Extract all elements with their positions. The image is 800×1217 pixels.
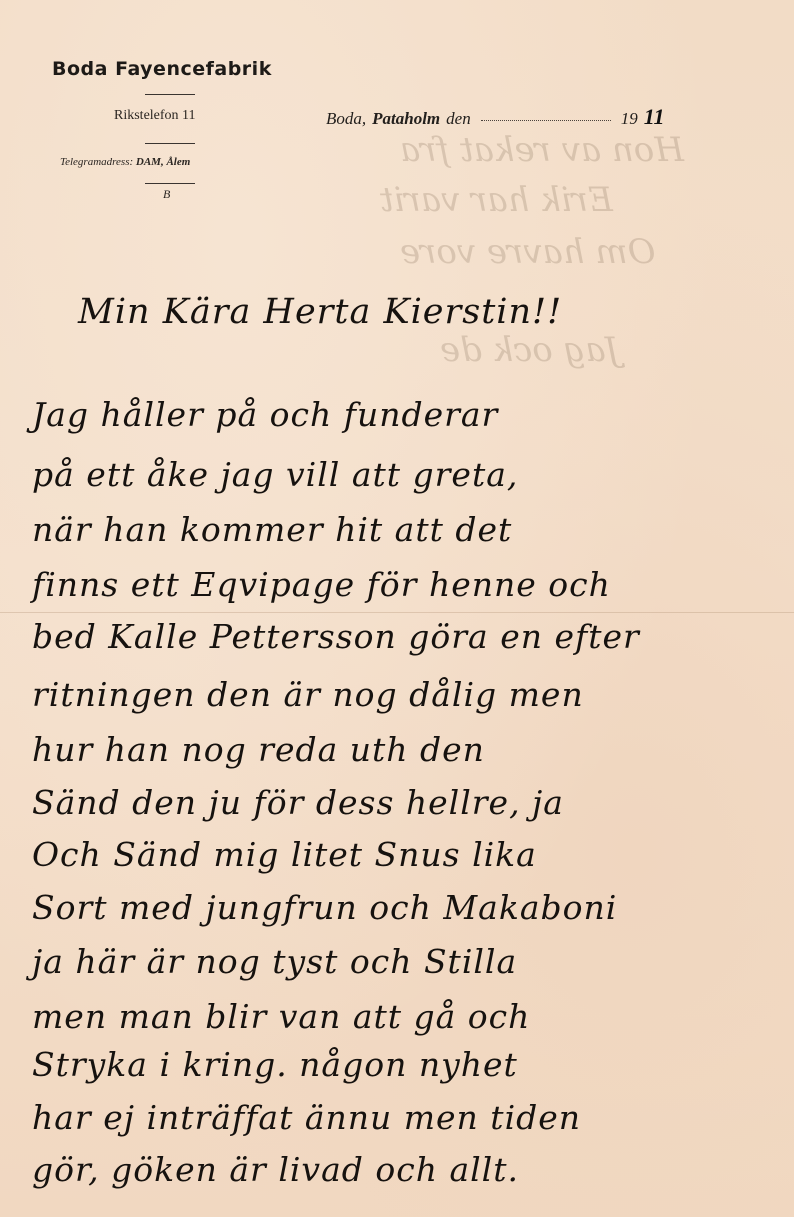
monogram: B <box>163 187 170 202</box>
letter-line: på ett åke jag vill att greta, <box>32 455 518 494</box>
telegram-value: DAM, Ålem <box>136 156 190 168</box>
letter-line: ritningen den är nog dålig men <box>32 675 584 714</box>
letter-line: Och Sänd mig litet Snus lika <box>32 835 537 874</box>
letter-line: Sort med jungfrun och Makaboni <box>32 888 617 927</box>
letter-line: har ej inträffat ännu men tiden <box>32 1098 581 1137</box>
place-name: Pataholm <box>372 109 440 129</box>
scan-edge <box>794 0 800 1217</box>
letter-line: Stryka i kring. någon nyhet <box>32 1045 518 1084</box>
place-prefix: Boda, <box>326 109 366 129</box>
bleed-through-line: Jag ock de <box>440 330 619 370</box>
letter-paper: Hon av rekat fra Erik har varit Om havre… <box>0 0 795 1217</box>
letter-line: ja här är nog tyst och Stilla <box>32 942 517 981</box>
letter-line: Jag håller på och funderar <box>32 395 498 434</box>
year-handwritten: 11 <box>644 104 665 130</box>
company-name: Boda Fayencefabrik <box>52 58 272 80</box>
date-blank <box>481 120 611 121</box>
divider <box>145 143 195 144</box>
letter-line: finns ett Eqvipage för henne och <box>32 565 611 604</box>
bleed-through-line: Om havre vore <box>400 232 656 272</box>
letter-line: när han kommer hit att det <box>32 510 512 549</box>
letter-line: gör, göken är livad och allt. <box>32 1150 519 1189</box>
year-printed: 19 <box>621 109 638 129</box>
letter-line: Sänd den ju för dess hellre, ja <box>32 783 564 822</box>
letter-line: hur han nog reda uth den <box>32 730 485 769</box>
phone-number: Rikstelefon 11 <box>114 108 196 124</box>
salutation: Min Kära Herta Kierstin!! <box>78 292 562 332</box>
telegram-address: Telegramadress: DAM, Ålem <box>60 156 190 168</box>
bleed-through-line: Hon av rekat fra <box>400 130 684 170</box>
telegram-label: Telegramadress: <box>60 156 133 168</box>
letter-line: men man blir van att gå och <box>32 997 530 1036</box>
letter-line: bed Kalle Pettersson göra en efter <box>32 617 640 656</box>
date-label: den <box>446 109 471 129</box>
paper-fold <box>0 612 795 613</box>
divider <box>145 94 195 95</box>
divider <box>145 183 195 184</box>
date-line: Boda, Pataholm den 1911 <box>326 104 665 130</box>
bleed-through-line: Erik har varit <box>380 180 613 220</box>
